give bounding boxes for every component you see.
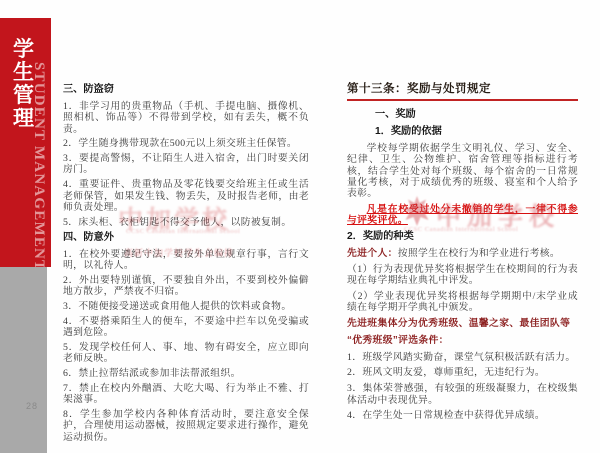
individual-award-text: 按照学生在校行为和学业进行考核。 [398,248,560,259]
criteria-title: “优秀班级”评选条件： [347,335,578,346]
rule-item: 7．禁止在校内外酗酒、大吃大喝、行为举止不雅、打架滋事。 [63,383,309,406]
rule-item: 1．在校外要遵纪守法，要按外单位规章行事，言行文明，以礼待人。 [63,249,309,272]
sidebar-title-english: STUDENT MANAGEMENT [30,62,47,271]
right-column: 第十三条：奖励与处罚规定 一、奖励 1．奖励的依据 学校每学期依据学生文明礼仪、… [347,82,578,426]
warning-note: 凡是在校受过处分未撤销的学生，一律不得参与评奖评优。 [347,204,578,227]
individual-award-label: 先进个人： [347,248,398,259]
section-heading-accident: 四、防意外 [63,232,309,244]
criteria-item: 2．班风文明友爱，尊师重纪，无违纪行为。 [347,367,578,378]
rule-item: 6．禁止拉帮结派或参加非法帮派组织。 [63,368,309,379]
rule-item: 3．不随便接受递送或食用他人提供的饮料或食物。 [63,301,309,312]
subheading-reward-basis: 1．奖励的依据 [375,126,578,138]
criteria-item: 1．班级学风踏实勤奋，课堂气氛积极活跃有活力。 [347,352,578,363]
subheading-reward: 一、奖励 [375,109,578,121]
sidebar-gray-strip: 28 [0,267,47,453]
left-column: 三、防盗窃 1．非学习用的贵重物品（手机、手提电脑、摄像机、照相机、饰品等）不得… [63,84,309,446]
subheading-reward-types: 2．奖励的种类 [347,231,578,243]
rule-item: 4．不要搭乘陌生人的便车，不要途中拦车以免受骗或遇到危险。 [63,316,309,339]
page-number: 28 [26,401,38,411]
rule-item: 4．重要证件、贵重物品及零花钱要交给班主任或生活老师保管，如果发生钱、物丢失，及… [63,179,309,213]
rule-item: 2．外出要特别谨慎，不要独自外出，不要到校外偏僻地方散步，严禁夜不归宿。 [63,275,309,298]
sidebar-red-banner: 学生管理 STUDENT MANAGEMENT [0,18,51,267]
rule-item: 3．要提高警惕，不让陌生人进入宿舍，出门时要关闭房门。 [63,153,309,176]
title-underline [347,99,578,101]
rule-item: 5．床头柜、衣柜钥匙不得交予他人，以防被复制。 [63,217,309,228]
book-page: 学生管理 STUDENT MANAGEMENT 28 三、防盗窃 1．非学习用的… [0,0,600,453]
individual-award-line: 先进个人：按照学生在校行为和学业进行考核。 [347,248,578,259]
rule-item: 5．发现学校任何人、事、地、物有碍安全，应立即向老师反映。 [63,342,309,365]
award-item: （2）学业表现优异奖将根据每学期期中/末学业成绩在每学期开学典礼中颁发。 [347,291,578,314]
criteria-item: 4．在学生处一日常规检查中获得优异成绩。 [347,410,578,421]
rule-item: 2．学生随身携带现款在500元以上须交班主任保管。 [63,138,309,149]
article-title: 第十三条：奖励与处罚规定 [347,82,578,96]
award-item: （1）行为表现优异奖将根据学生在校期间的行为表现在每学期结业典礼中评发。 [347,264,578,287]
rule-item: 1．非学习用的贵重物品（手机、手提电脑、摄像机、照相机、饰品等）不得带到学校，如… [63,101,309,135]
section-heading-theft: 三、防盗窃 [63,84,309,96]
criteria-item: 3．集体荣誉感强，有较强的班级凝聚力，在校级集体活动中表现优异。 [347,383,578,406]
reward-basis-paragraph: 学校每学期依据学生文明礼仪、学习、安全、纪律、卫生、公物维护、宿舍管理等指标进行… [347,143,578,199]
collective-award-line: 先进班集体分为优秀班级、温馨之家、最佳团队等 [347,318,578,329]
rule-item: 8．学生参加学校内各种体育活动时，要注意安全保护，合理使用运动器械，按照规定要求… [63,409,309,443]
